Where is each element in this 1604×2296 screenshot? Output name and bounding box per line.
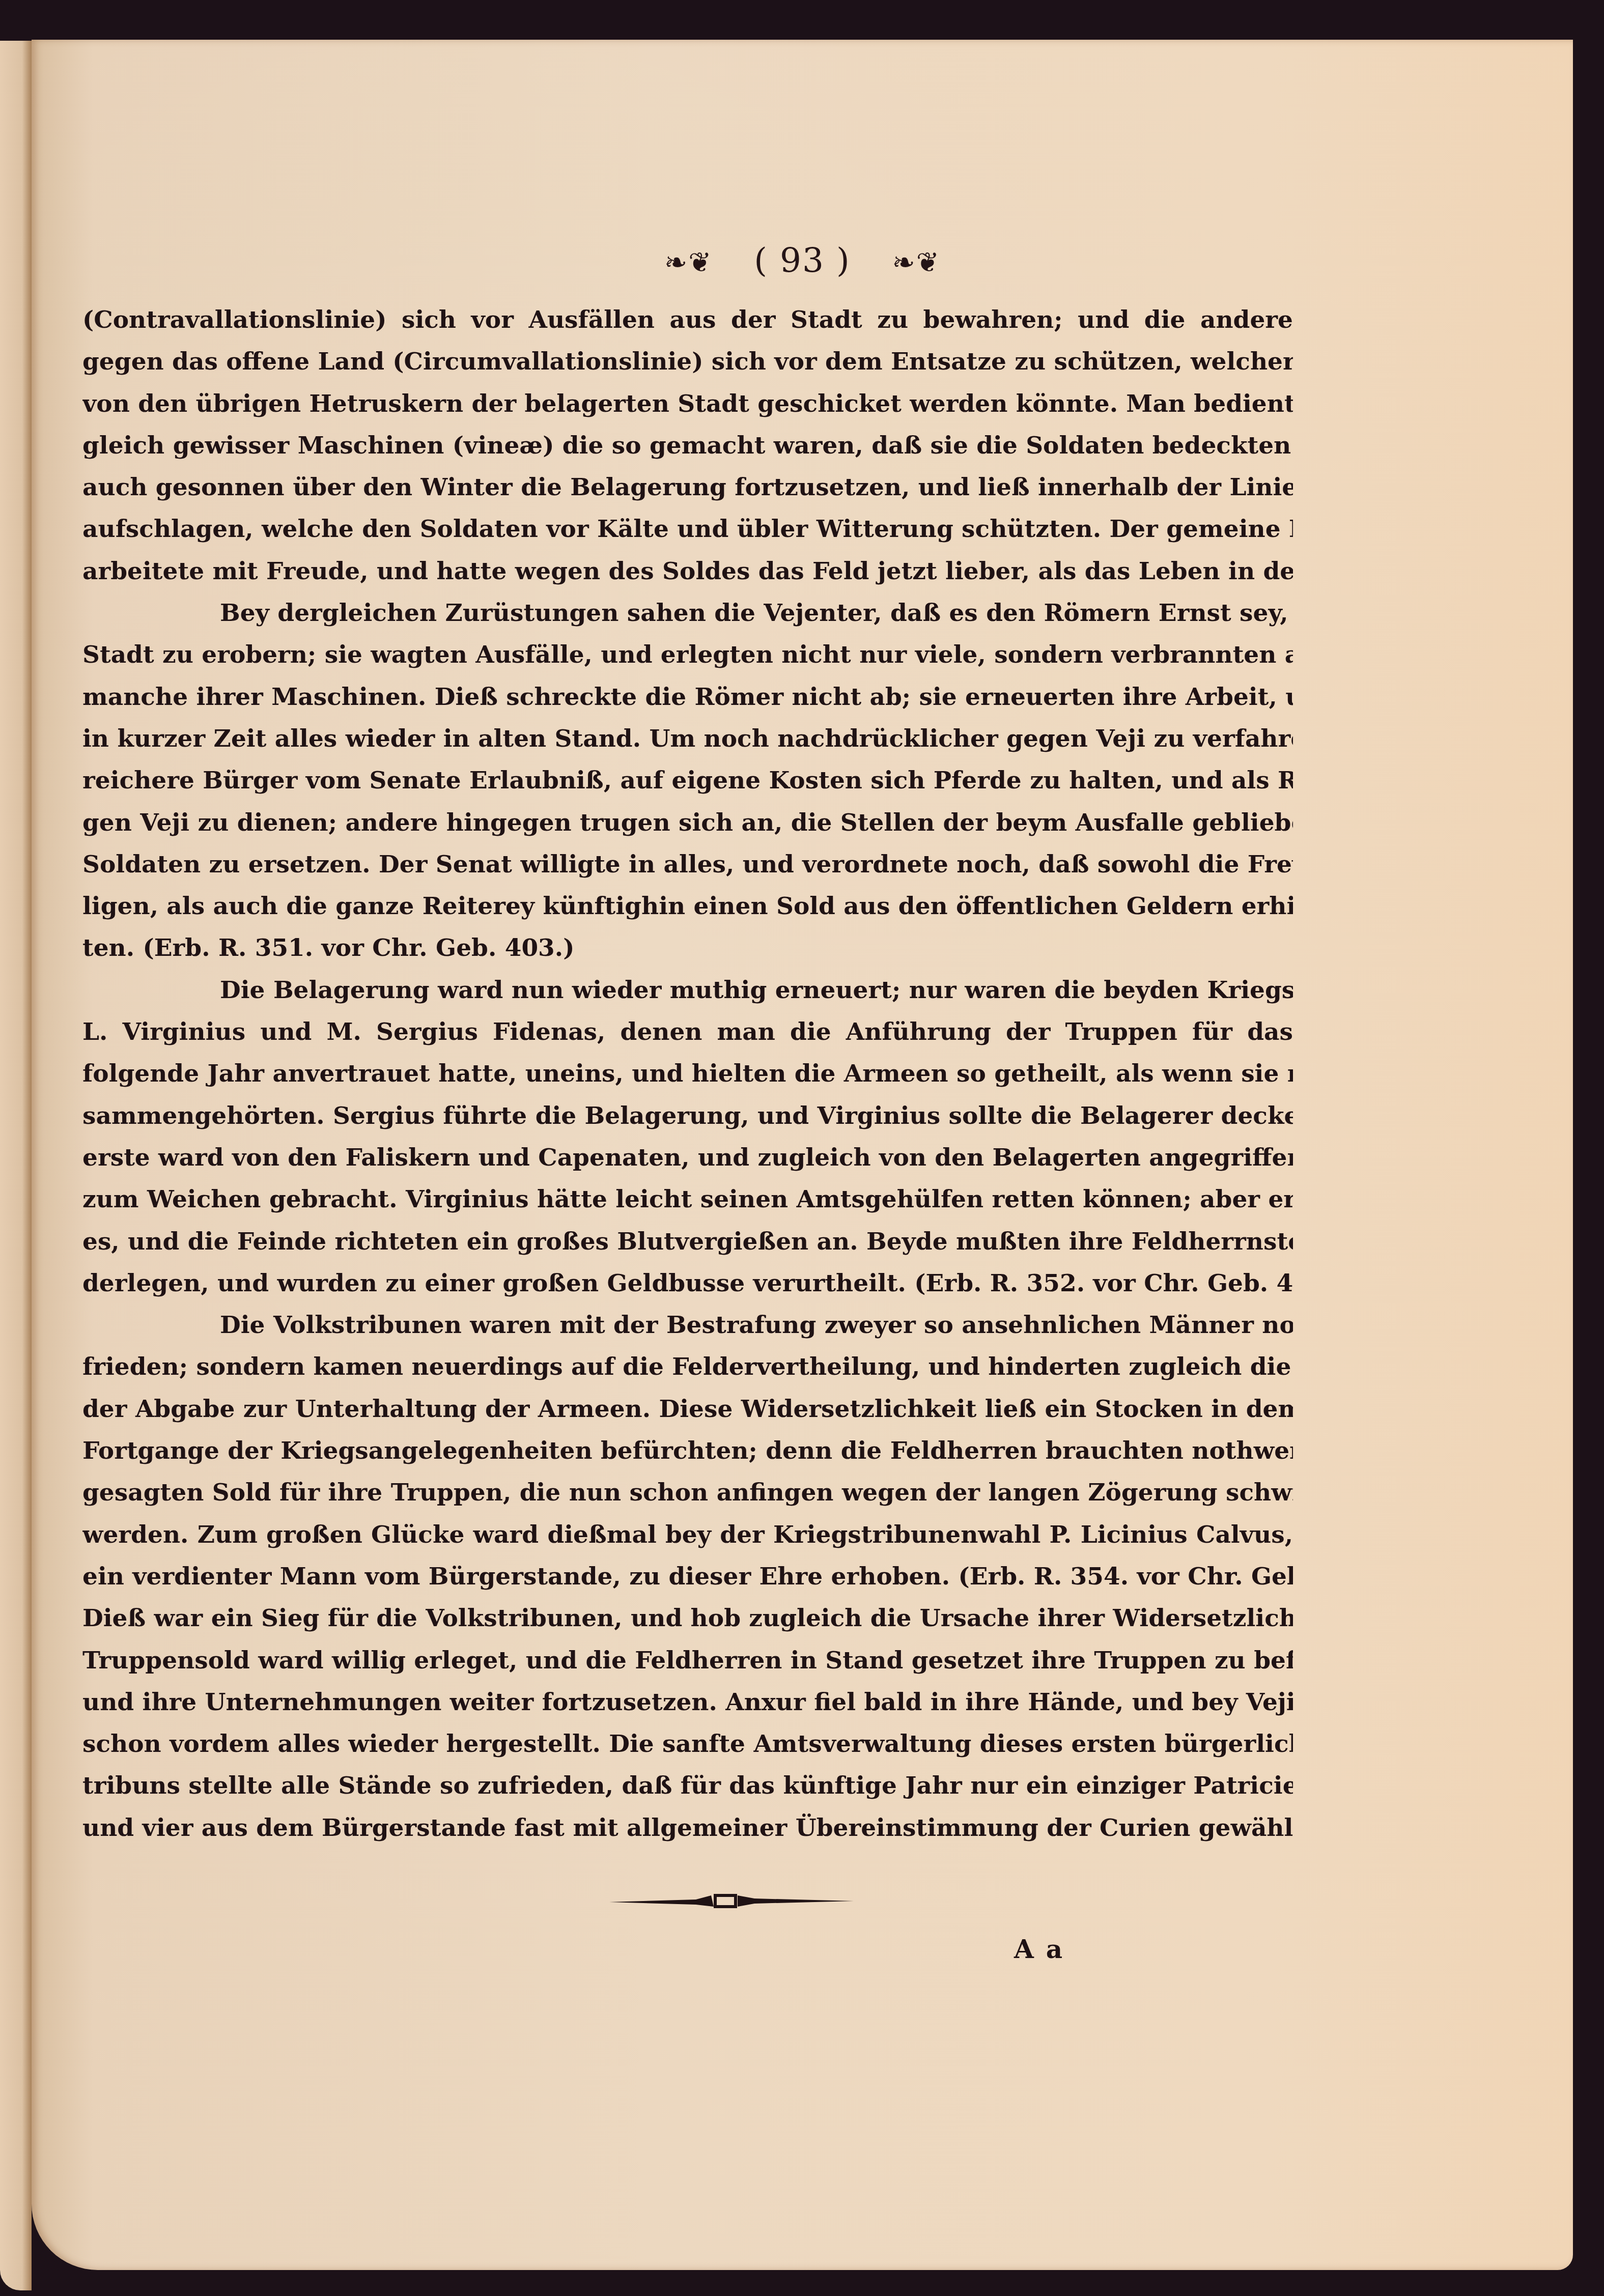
text-line: Die Volkstribunen waren mit der Bestrafu… [82,1305,1293,1346]
text-line: es, und die Feinde richteten ein großes … [82,1221,1293,1263]
text-line: derlegen, und wurden zu einer großen Gel… [82,1263,1293,1305]
text-line: gleich gewisser Maschinen (vineæ) die so… [82,425,1293,467]
text-line: werden. Zum großen Glücke ward dießmal b… [82,1514,1293,1556]
text-line: sammengehörten. Sergius führte die Belag… [82,1095,1293,1137]
previous-page-edge [0,41,32,2290]
text-line: gen Veji zu dienen; andere hingegen trug… [82,802,1293,844]
text-line: und ihre Unternehmungen weiter fortzuset… [82,1682,1293,1723]
text-line: L. Virginius und M. Sergius Fidenas, den… [82,1011,1293,1053]
text-line: ten. (Erb. R. 351. vor Chr. Geb. 403.) [82,927,1293,969]
text-line: der Abgabe zur Unterhaltung der Armeen. … [82,1388,1293,1430]
text-line: gegen das offene Land (Circumvallationsl… [82,341,1293,383]
text-line: Fortgange der Kriegsangelegenheiten befü… [82,1430,1293,1472]
text-line: Soldaten zu ersetzen. Der Senat willigte… [82,844,1293,886]
text-line: schon vordem alles wieder hergestellt. D… [82,1723,1293,1765]
ornamental-rule-icon [609,1893,854,1909]
text-line: gesagten Sold für ihre Truppen, die nun … [82,1472,1293,1514]
page-number: ( 93 ) [754,241,850,280]
text-line: Truppensold ward willig erleget, und die… [82,1640,1293,1682]
text-line: in kurzer Zeit alles wieder in alten Sta… [82,718,1293,760]
text-line: tribuns stellte alle Stände so zufrieden… [82,1765,1293,1807]
body-text: (Contravallationslinie) sich vor Ausfäll… [82,299,1293,1849]
catchword-signature: Aa [1014,1934,1075,1964]
book-page: ❧❦ ( 93 ) ❧❦ (Contravallationslinie) sic… [32,40,1573,2270]
flourish-ornament-icon: ❧❦ [892,246,940,278]
text-line: reichere Bürger vom Senate Erlaubniß, au… [82,760,1293,802]
text-line: manche ihrer Maschinen. Dieß schreckte d… [82,676,1293,718]
text-line: (Contravallationslinie) sich vor Ausfäll… [82,299,1293,341]
text-line: folgende Jahr anvertrauet hatte, uneins,… [82,1053,1293,1095]
text-line: auch gesonnen über den Winter die Belage… [82,467,1293,508]
text-line: Bey dergleichen Zurüstungen sahen die Ve… [82,592,1293,634]
text-line: arbeitete mit Freude, und hatte wegen de… [82,551,1293,592]
text-line: Die Belagerung ward nun wieder muthig er… [82,970,1293,1011]
page-header: ❧❦ ( 93 ) ❧❦ [32,241,1573,280]
text-line: erste ward von den Faliskern und Capenat… [82,1137,1293,1179]
text-line: zum Weichen gebracht. Virginius hätte le… [82,1179,1293,1221]
flourish-ornament-icon: ❧❦ [664,246,713,278]
text-line: Stadt zu erobern; sie wagten Ausfälle, u… [82,634,1293,676]
text-line: ein verdienter Mann vom Bürgerstande, zu… [82,1556,1293,1598]
text-line: und vier aus dem Bürgerstande fast mit a… [82,1807,1293,1849]
text-line: aufschlagen, welche den Soldaten vor Käl… [82,508,1293,550]
text-line: frieden; sondern kamen neuerdings auf di… [82,1346,1293,1388]
text-line: Dieß war ein Sieg für die Volkstribunen,… [82,1598,1293,1639]
text-line: von den übrigen Hetruskern der belagerte… [82,383,1293,425]
text-line: ligen, als auch die ganze Reiterey künft… [82,886,1293,927]
